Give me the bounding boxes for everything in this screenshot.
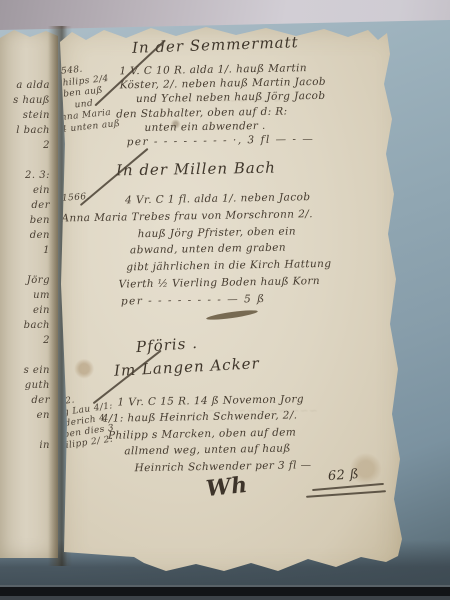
left-page-fragment <box>0 423 50 438</box>
total-underline <box>312 483 384 491</box>
floor-strip <box>0 596 450 600</box>
left-page-fragment <box>0 153 50 168</box>
entry-body-1548: 1 V. C 10 R. alda 1/. hauß MartinKöster,… <box>119 60 396 150</box>
margin-note: 1566. <box>62 190 115 205</box>
left-page-fragment: en <box>0 408 50 423</box>
left-page-fragment: ben <box>0 213 50 228</box>
section-subheading-langen-acker: Im Langen Acker <box>114 354 261 380</box>
left-page-fragment: stein <box>0 108 50 123</box>
left-page-fragment: ein <box>0 303 50 318</box>
ink-smudge <box>206 308 258 321</box>
flourish-signature: Wh <box>205 472 249 502</box>
left-page-fragment: 2 <box>0 138 50 153</box>
section-heading-millen-bach: In der Millen Bach <box>116 159 276 180</box>
entry-body-1566: 4 Vr. C 1 fl. alda 1/. neben JacobAnna M… <box>125 188 403 310</box>
left-page-fragment: a alda <box>0 78 50 93</box>
left-page-fragment: s hauß <box>0 93 50 108</box>
total-underline <box>306 490 386 497</box>
left-page-fragment <box>0 348 50 363</box>
left-page-fragment: der <box>0 198 50 213</box>
left-page-fragment: guth <box>0 378 50 393</box>
margin-notes-1566: 1566. <box>62 190 115 205</box>
left-page-fragment: ein <box>0 183 50 198</box>
left-page-fragment: l bach <box>0 123 50 138</box>
left-page-fragment: den <box>0 228 50 243</box>
left-page-fragment: der <box>0 393 50 408</box>
entry-body-1512: 1 Vr. C 15 R. 14 ß Novemon Jorg4/1: hauß… <box>117 389 408 476</box>
left-page-fragment: bach <box>0 318 50 333</box>
photo-scene: a aldas haußsteinl bach22. 3:einderbende… <box>0 0 450 600</box>
left-page-fragment: s ein <box>0 363 50 378</box>
left-page-fragment: Jörg <box>0 273 50 288</box>
section-heading-pforis: Pföris . <box>135 334 198 356</box>
left-page-fragment: 2. 3: <box>0 168 50 183</box>
total-value: 62 ß <box>328 467 360 484</box>
manuscript-page: ~ ~~ ~~~ ~~ ~~ ~~~ ~~ ~~~~ ~~ In der Sem… <box>56 24 408 580</box>
left-page-fragment: 1 <box>0 243 50 258</box>
left-page-fragment: um <box>0 288 50 303</box>
left-page-fragment: 2 <box>0 333 50 348</box>
left-page-fragment: in <box>0 438 50 453</box>
left-page-fragment <box>0 258 50 273</box>
margin-notes-1548: 1548.Philips 2/4oben außundAnna Maria4 u… <box>55 61 124 136</box>
